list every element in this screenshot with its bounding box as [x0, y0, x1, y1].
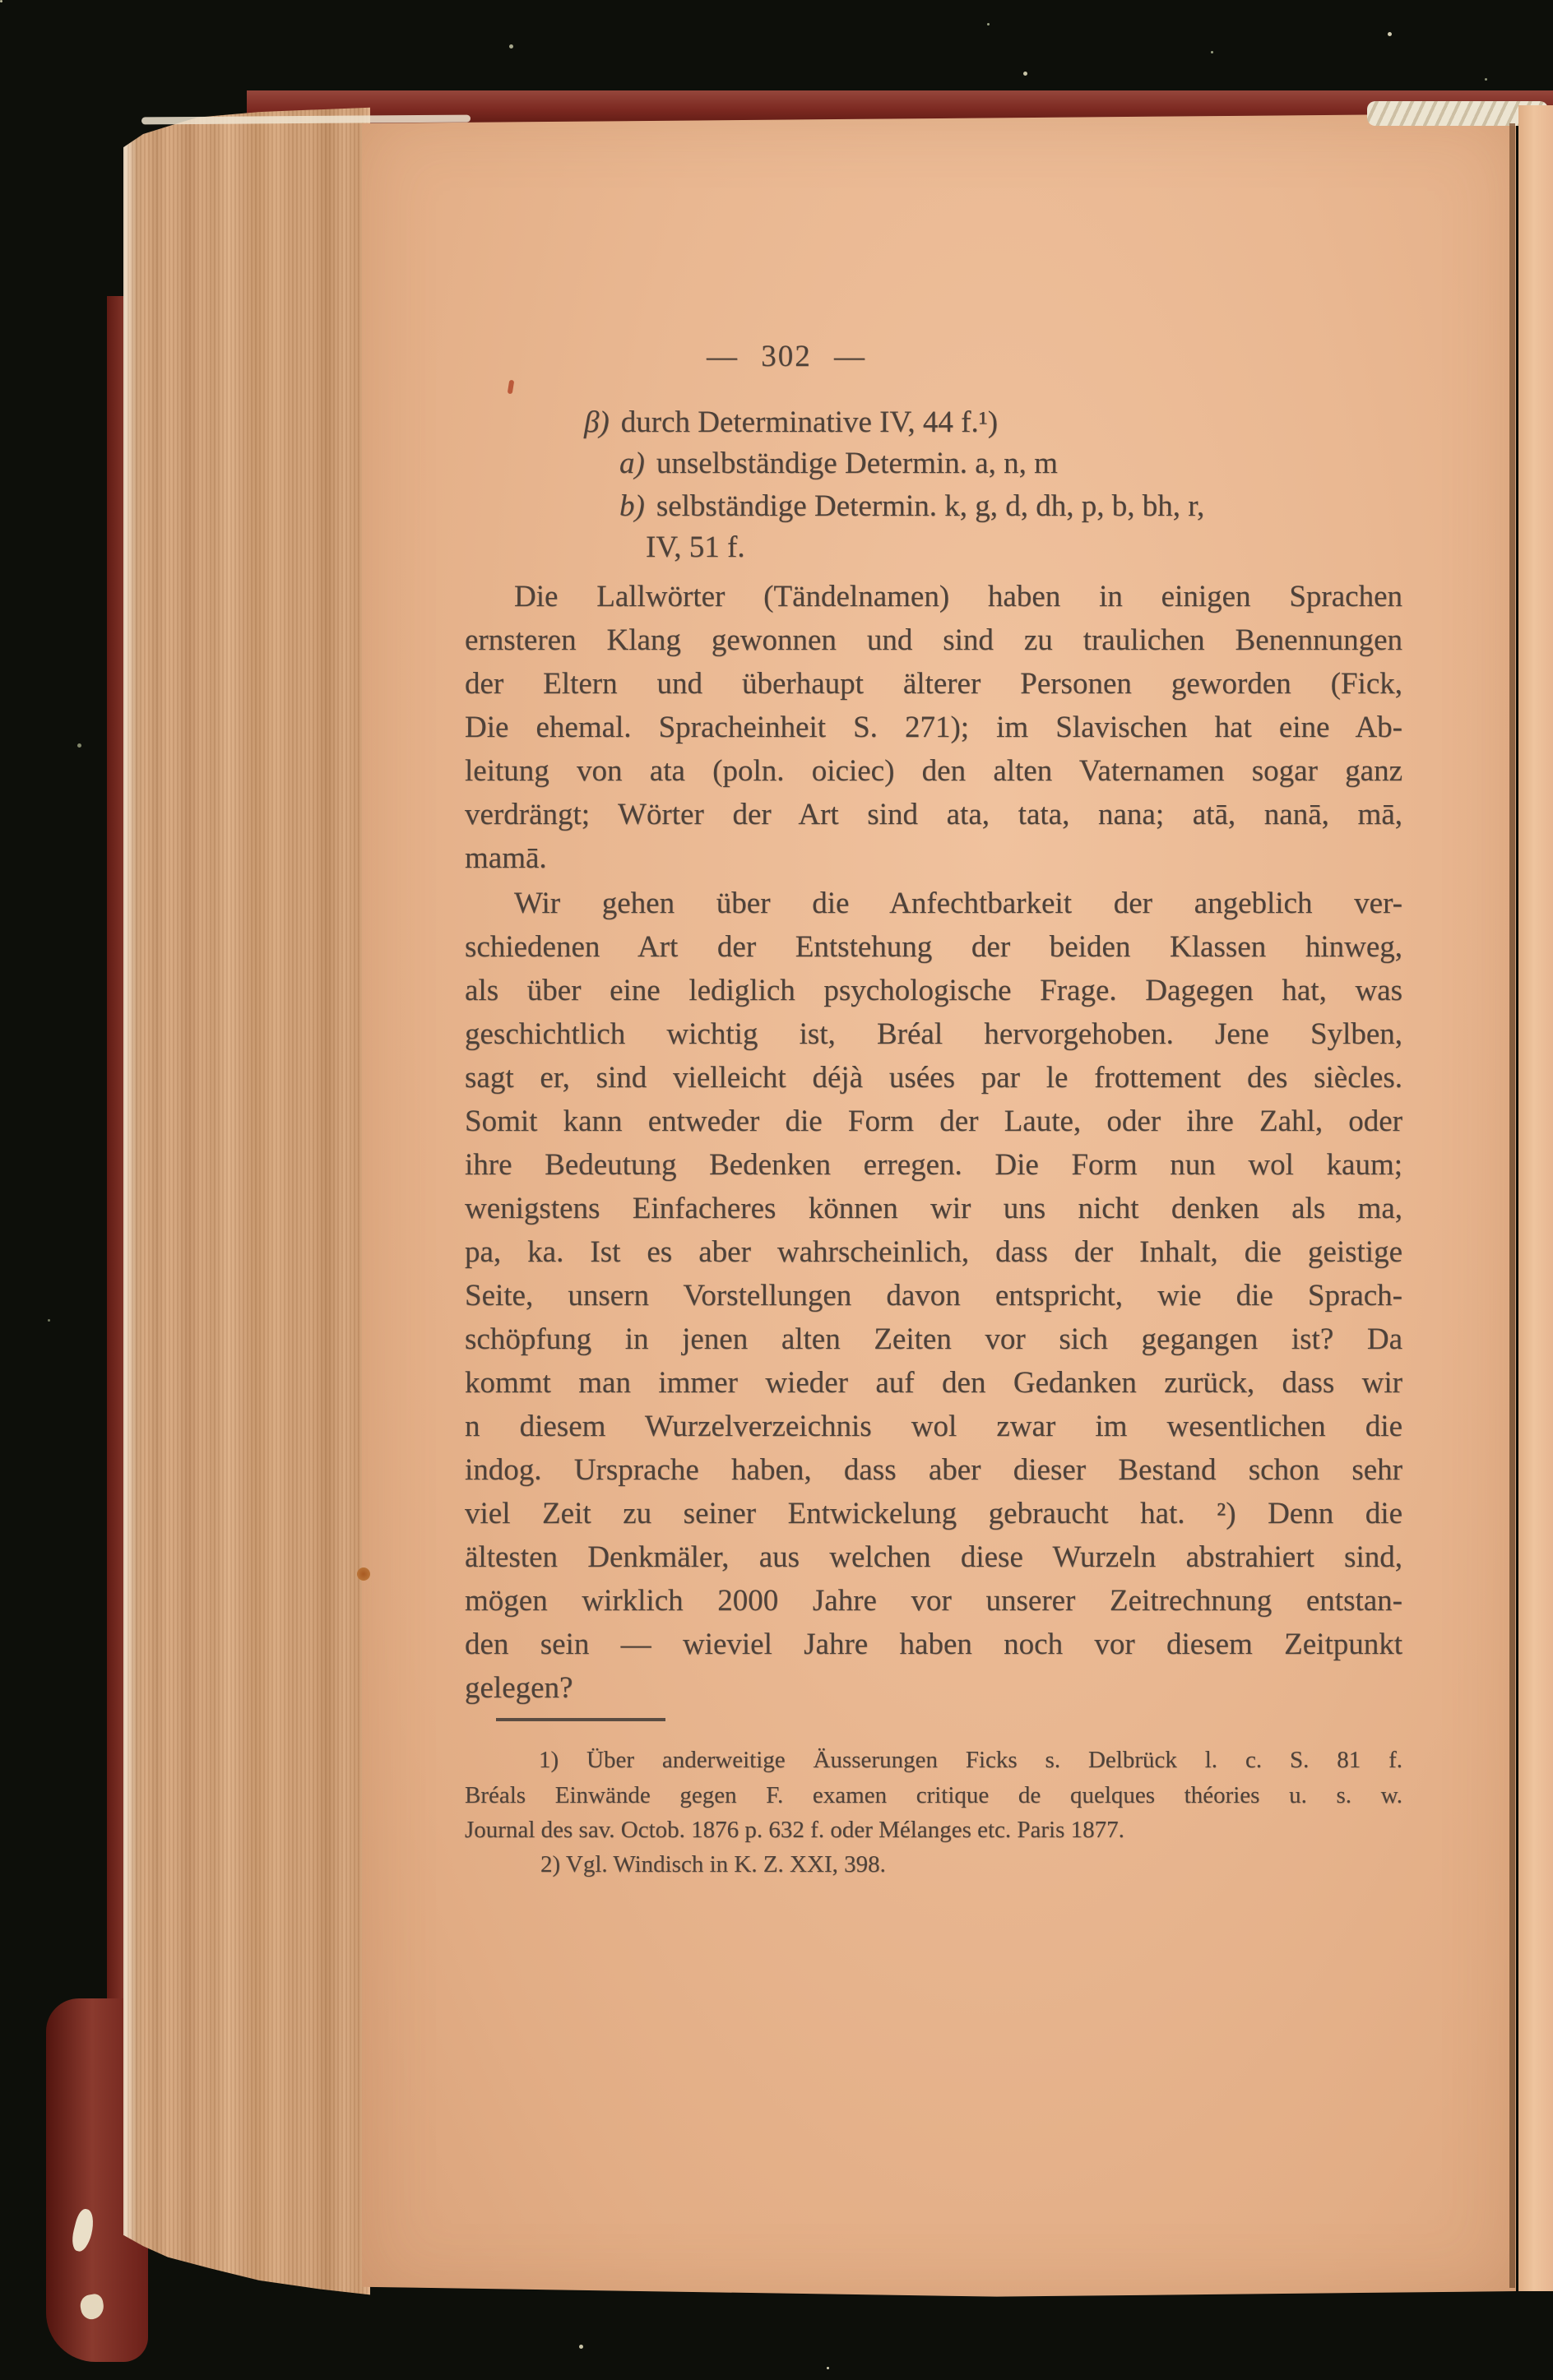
text-line: Seite, unsern Vorstellungen davon entspr… [465, 1274, 1402, 1317]
footnote-line: 1) Über anderweitige Äusserungen Ficks s… [465, 1743, 1402, 1777]
text-line: ihre Bedeutung Bedenken erregen. Die For… [465, 1143, 1402, 1187]
gutter-shadow [1509, 123, 1515, 2288]
text-line: geschichtlich wichtig ist, Bréal hervorg… [465, 1012, 1402, 1056]
heading-label: a) [619, 447, 645, 480]
text-line: mögen wirklich 2000 Jahre vor unserer Ze… [465, 1579, 1402, 1623]
text-line: verdrängt; Wörter der Art sind ata, tata… [465, 793, 1402, 836]
text-line: Wir gehen über die Anfechtbarkeit der an… [465, 882, 1402, 925]
text-line: der Eltern und überhaupt älterer Persone… [465, 662, 1402, 706]
text-line: pa, ka. Ist es aber wahrscheinlich, dass… [465, 1230, 1402, 1274]
text-line: als über eine lediglich psychologische F… [465, 969, 1402, 1012]
page-number: — 302 — [707, 335, 866, 378]
text-line: ernsteren Klang gewonnen und sind zu tra… [465, 618, 1402, 662]
heading-label: b) [619, 489, 645, 523]
facing-page-edge [1518, 105, 1553, 2291]
dust-speckles [0, 0, 2, 2]
text-line: Somit kann entweder die Form der Laute, … [465, 1100, 1402, 1143]
footnote-line: Bréals Einwände gegen F. examen critique… [465, 1778, 1402, 1813]
text-line: indog. Ursprache haben, dass aber dieser… [465, 1448, 1402, 1492]
page-stack-fore-edge [123, 105, 370, 2319]
heading-text: selbständige Determin. k, g, d, dh, p, b… [656, 489, 1204, 523]
text-line: Die ehemal. Spracheinheit S. 271); im Sl… [465, 706, 1402, 749]
text-line: sagt er, sind vielleicht déjà usées par … [465, 1056, 1402, 1100]
paper-fleck [357, 1567, 370, 1581]
text-line: leitung von ata (poln. oiciec) den alten… [465, 749, 1402, 793]
heading-label: β) [584, 405, 610, 439]
text-line: Die Lallwörter (Tändelnamen) haben in ei… [465, 575, 1402, 618]
text-line: schiedenen Art der Entstehung der beiden… [465, 925, 1402, 969]
footnote-line: 2) Vgl. Windisch in K. Z. XXI, 398. [540, 1847, 1478, 1882]
cover-tear-patch [79, 2293, 106, 2321]
heading-line-beta: β)durch Determinative IV, 44 f.¹) [584, 401, 998, 444]
heading-line-a: a)unselbständige Determin. a, n, m [619, 442, 1058, 485]
footnote-line: Journal des sav. Octob. 1876 p. 632 f. o… [465, 1813, 1402, 1847]
text-line: wenigstens Einfacheres können wir uns ni… [465, 1187, 1402, 1230]
heading-text: unselbständige Determin. a, n, m [656, 447, 1058, 480]
footnote-separator [496, 1718, 665, 1721]
text-line: viel Zeit zu seiner Entwickelung gebrauc… [465, 1492, 1402, 1535]
text-line: n diesem Wurzelverzeichnis wol zwar im w… [465, 1405, 1402, 1448]
text-line: den sein — wieviel Jahre haben noch vor … [465, 1623, 1402, 1666]
cover-tear-patch [69, 2207, 97, 2253]
text-line: ältesten Denkmäler, aus welchen diese Wu… [465, 1535, 1402, 1579]
scan-photo: — 302 — β)durch Determinative IV, 44 f.¹… [0, 0, 1553, 2380]
heading-line-b: b)selbständige Determin. k, g, d, dh, p,… [619, 484, 1204, 528]
text-line: gelegen? [465, 1666, 1402, 1710]
text-line: schöpfung in jenen alten Zeiten vor sich… [465, 1317, 1402, 1361]
heading-text: durch Determinative IV, 44 f.¹) [621, 405, 998, 439]
page-text: — 302 — β)durch Determinative IV, 44 f.¹… [465, 0, 1402, 2380]
text-line: mamā. [465, 836, 1402, 880]
text-line: kommt man immer wieder auf den Gedanken … [465, 1361, 1402, 1405]
heading-line-b-cont: IV, 51 f. [646, 526, 745, 569]
